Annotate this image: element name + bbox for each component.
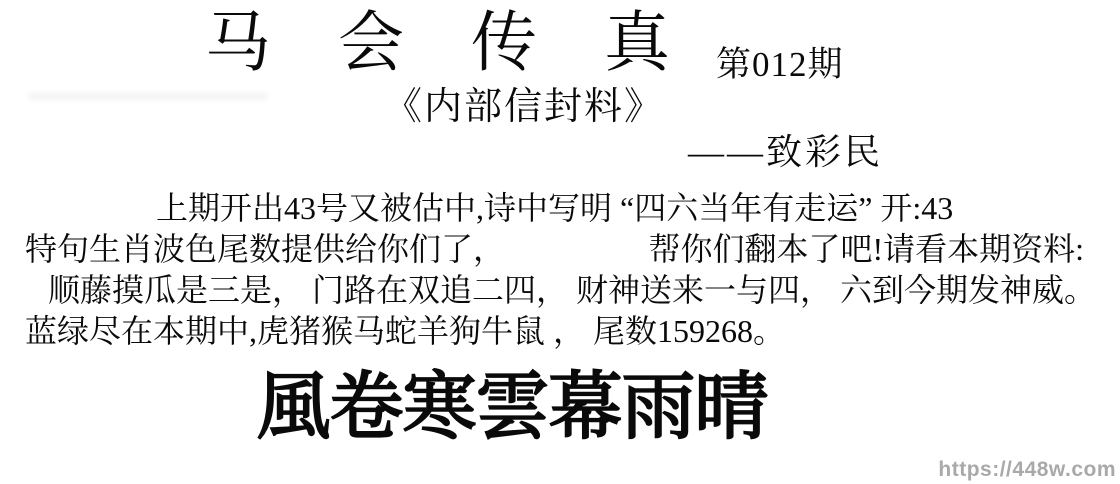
scan-artifact (28, 92, 268, 101)
issue-number: 第012期 (716, 44, 844, 86)
poem-verse: 風卷寒雲幕雨晴 (0, 362, 1072, 454)
subtitle: 《内部信封料》 (384, 84, 664, 130)
body-paragraph: 上期开出43号又被估中,诗中写明 “四六当年有走运” 开:43 特句生肖波色尾数… (0, 188, 1120, 352)
page-title: 马会传真 (205, 4, 737, 84)
dedication-line: ——致彩民 (688, 130, 883, 174)
body-line-2-right: 帮你们翻本了吧!请看本期资料: (648, 229, 1084, 270)
site-watermark: https://448w.com (938, 458, 1116, 482)
fax-sheet: 马会传真 第012期 《内部信封料》 ——致彩民 上期开出43号又被估中,诗中写… (0, 0, 1120, 484)
body-line-2-left: 特句生肖波色尾数提供给你们了， (25, 229, 505, 270)
body-line-1: 上期开出43号又被估中,诗中写明 “四六当年有走运” 开:43 (0, 188, 1120, 229)
body-line-2: 特句生肖波色尾数提供给你们了， 帮你们翻本了吧!请看本期资料: (0, 229, 1120, 270)
body-line-4: 蓝绿尽在本期中,虎猪猴马蛇羊狗牛鼠 ， 尾数159268。 (0, 311, 1120, 352)
body-line-3: 顺藤摸瓜是三是， 门路在双追二四， 财神送来一与四， 六到今期发神威。 (0, 270, 1120, 311)
